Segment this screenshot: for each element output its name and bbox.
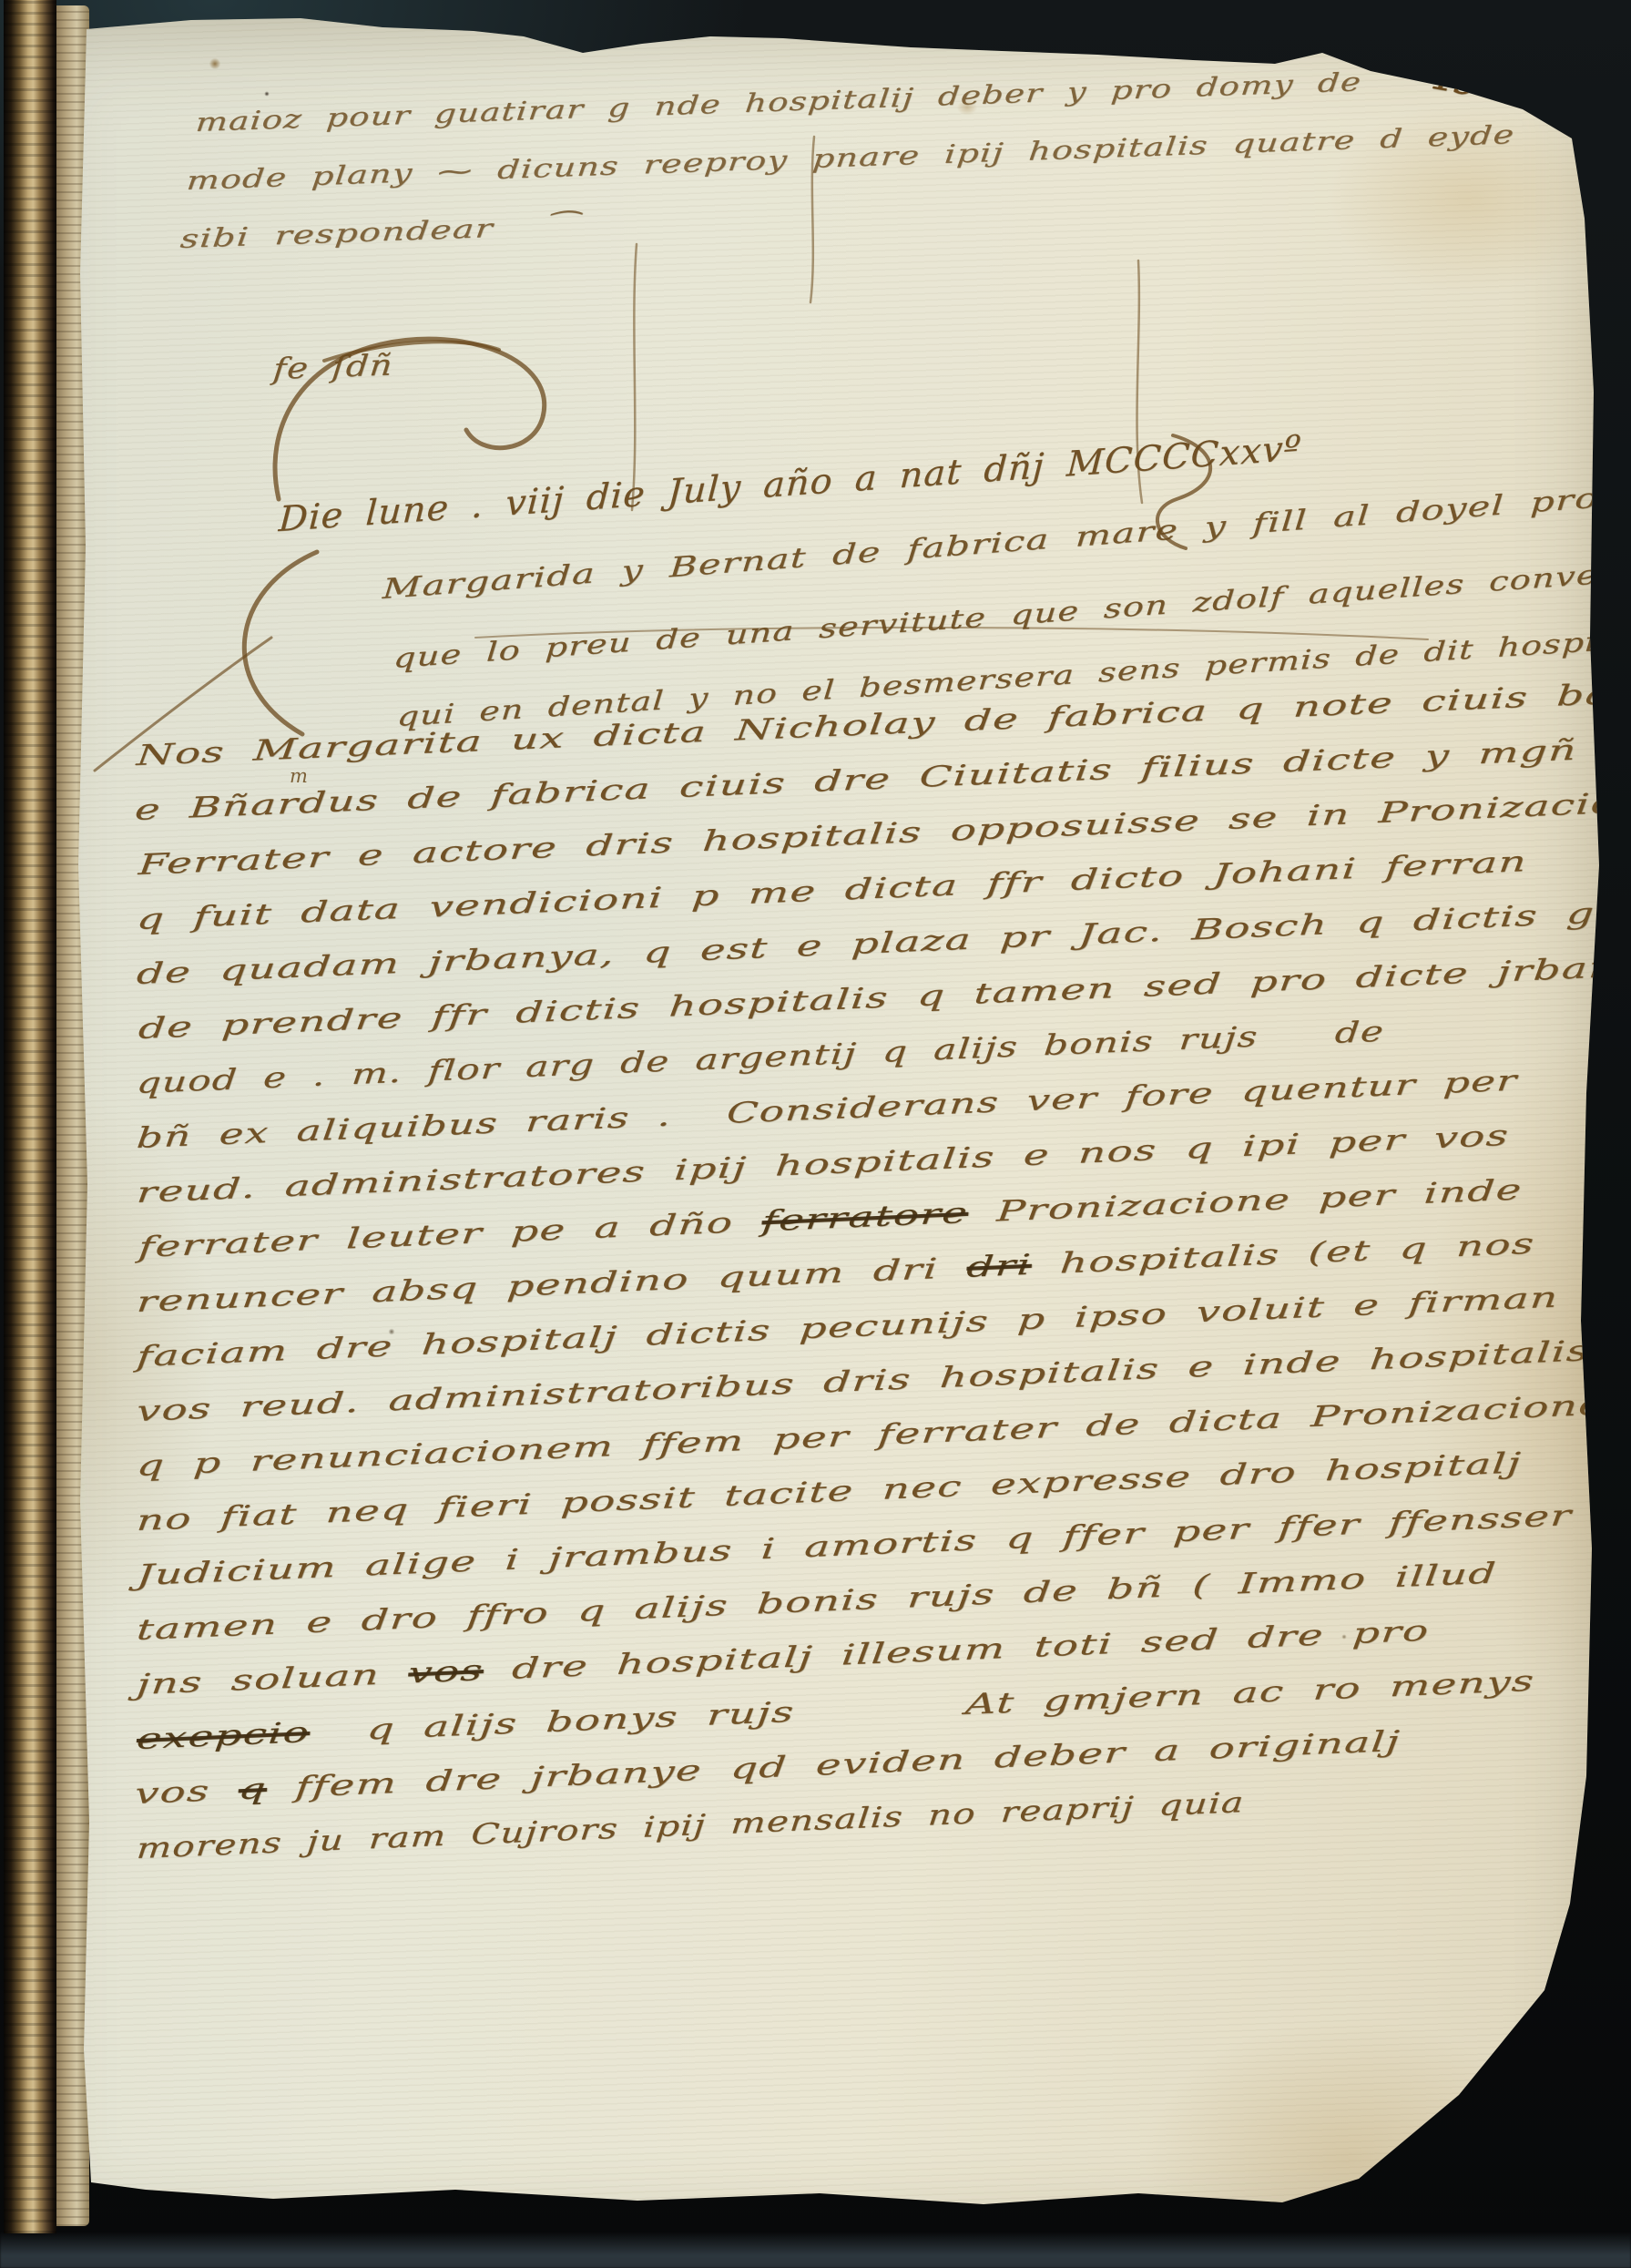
handwritten-line: fe ſdñ — [271, 347, 394, 386]
struck-word: dri — [965, 1249, 1033, 1284]
struck-word: vos — [407, 1654, 484, 1691]
struck-word: exepcio — [136, 1716, 311, 1756]
interlinear-insert: m — [290, 765, 308, 787]
handwritten-line: maioz pour guatirar g nde hospitalij deb… — [195, 66, 1363, 138]
descender-stroke — [632, 244, 637, 510]
folio-number: 49 — [1424, 48, 1485, 106]
table-surface-highlight — [0, 2232, 1631, 2268]
handwritten-line: sibi respondear ⁀ — [179, 210, 576, 254]
photograph-backdrop: 49 dy m maioz pour guatirar g nde hospit… — [0, 0, 1631, 2268]
paraph-bracket-flourish — [244, 552, 317, 734]
manuscript-page: 49 dy m maioz pour guatirar g nde hospit… — [0, 0, 1631, 2268]
book-spine-edge — [4, 0, 56, 2233]
struck-word: q — [237, 1773, 268, 1806]
struck-word: ferratore — [760, 1197, 970, 1239]
